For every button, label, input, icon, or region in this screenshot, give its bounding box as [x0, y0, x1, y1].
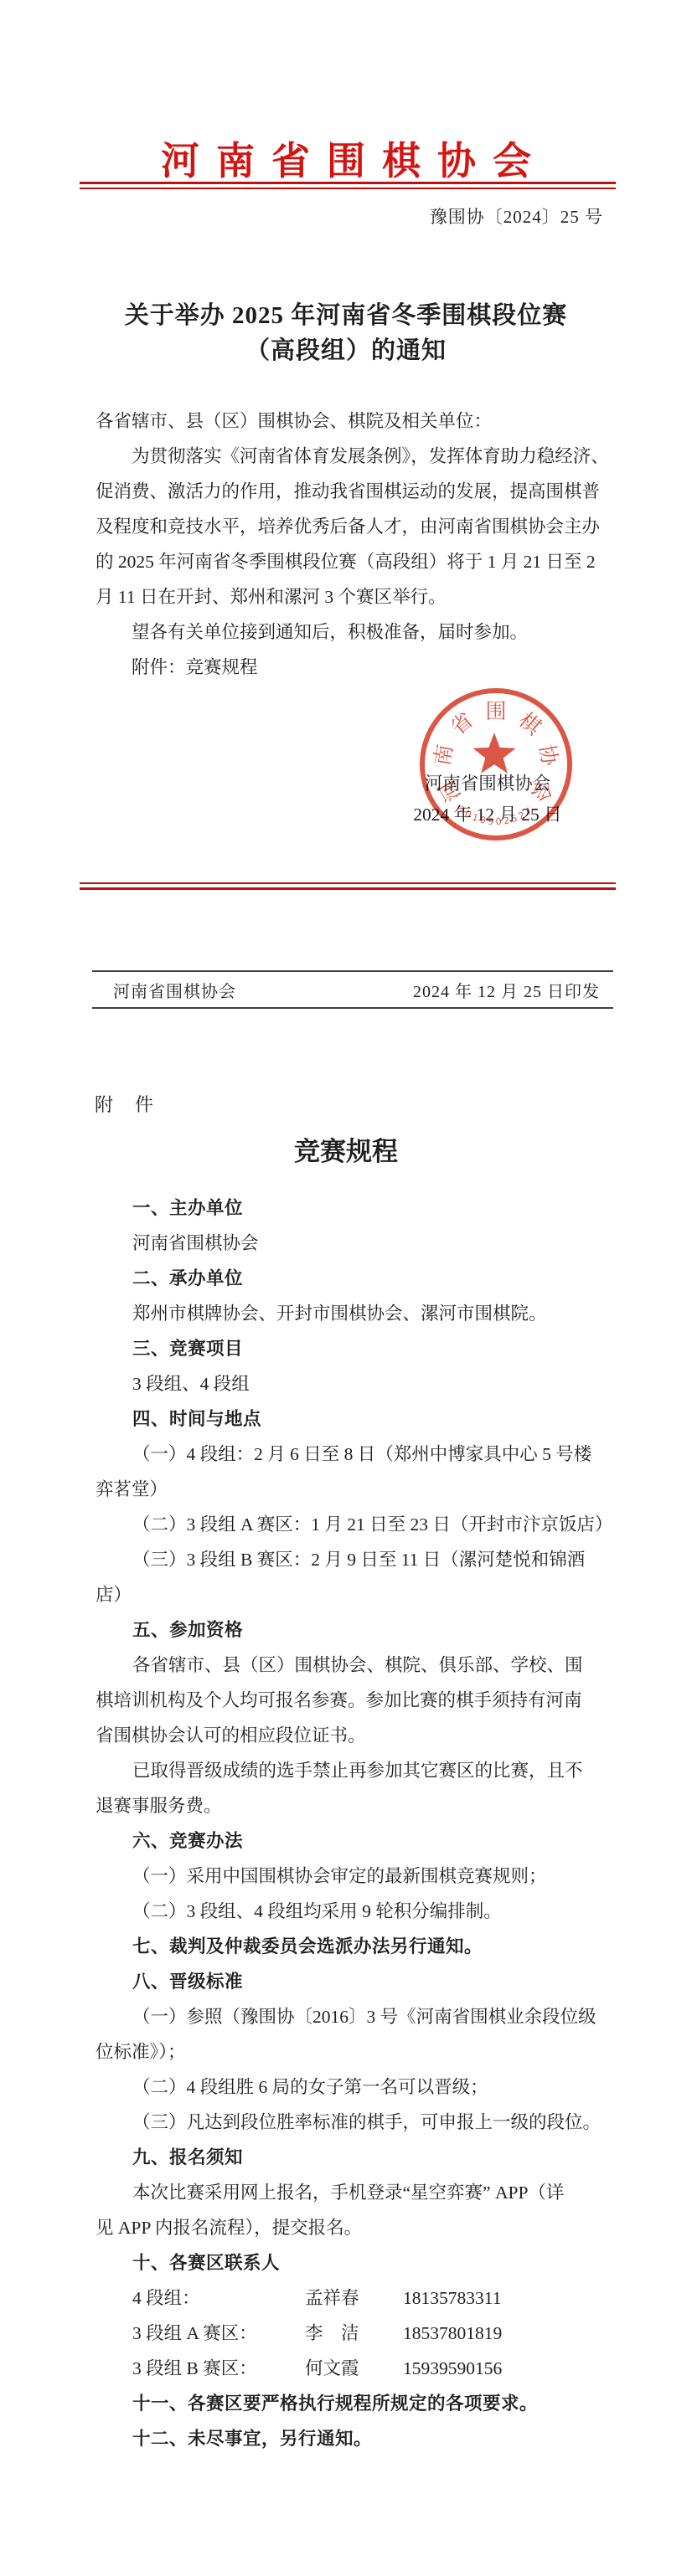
seal-ring-character: 河	[436, 776, 466, 805]
section-heading: 九、报名须知	[96, 2140, 613, 2175]
seal-serial-number: 7010902527	[456, 804, 536, 827]
seal-ring-character: 棋	[514, 708, 546, 740]
seal-ring-character: 协	[534, 743, 561, 768]
letterhead-rule	[80, 182, 616, 189]
contact-phone: 18537801819	[403, 2316, 613, 2351]
seal-ring-character: 省	[447, 708, 478, 740]
seal-ring-character: 会	[526, 776, 557, 806]
body-line: 及程度和竞技水平，培养优秀后备人才，由河南省围棋协会主办	[96, 509, 612, 544]
closing-rule	[80, 882, 616, 890]
attachment-line: （二）3 段组 A 赛区：1 月 21 日至 23 日（开封市汴京饭店）	[96, 1507, 613, 1542]
notice-title-line1: 关于举办 2025 年河南省冬季围棋段位赛	[0, 298, 692, 333]
contact-name: 何文霞	[305, 2351, 403, 2386]
attachment-line: 各省辖市、县（区）围棋协会、棋院、俱乐部、学校、围	[96, 1648, 613, 1683]
attachment-line: 见 APP 内报名流程），提交报名。	[96, 2210, 613, 2245]
seal-ring-character: 围	[485, 700, 506, 723]
body-line: 为贯彻落实《河南省体育发展条例》，发挥体育助力稳经济、	[96, 439, 612, 474]
contact-phone: 18135783311	[403, 2280, 613, 2316]
contact-label: 4 段组：	[132, 2280, 305, 2316]
contact-row: 4 段组：孟祥春18135783311	[96, 2280, 613, 2316]
contact-phone: 15939590156	[403, 2351, 613, 2386]
section-heading: 四、时间与地点	[96, 1401, 613, 1437]
section-heading: 二、承办单位	[96, 1261, 613, 1296]
attachment-line: 店）	[96, 1577, 613, 1612]
contact-label: 3 段组 A 赛区：	[132, 2316, 305, 2351]
contact-name: 孟祥春	[305, 2280, 403, 2316]
official-seal-stamp: 河南省围棋协会 7010902527	[416, 685, 576, 844]
document-page: 河南省围棋协会 豫围协〔2024〕25 号 关于举办 2025 年河南省冬季围棋…	[0, 0, 692, 2576]
section-heading: 三、竞赛项目	[96, 1331, 613, 1366]
star-icon	[473, 733, 515, 774]
section-heading: 七、裁判及仲裁委员会选派办法另行通知。	[96, 1929, 613, 1964]
attachment-line: 本次比赛采用网上报名，手机登录“星空弈赛” APP（详	[96, 2175, 613, 2210]
attachment-line: （三）3 段组 B 赛区：2 月 9 日至 11 日（漯河楚悦和锦酒	[96, 1542, 613, 1577]
notice-title: 关于举办 2025 年河南省冬季围棋段位赛 （高段组）的通知	[0, 298, 692, 368]
section-heading: 五、参加资格	[96, 1612, 613, 1648]
attachment-line: 已取得晋级成绩的选手禁止再参加其它赛区的比赛，且不	[96, 1753, 613, 1788]
attachment-line: 退赛事服务费。	[96, 1788, 613, 1823]
attachment-line: （一）参照（豫围协〔2016〕3 号《河南省围棋业余段位级	[96, 1999, 613, 2034]
colophon-issuer: 河南省围棋协会	[113, 978, 236, 1002]
contact-label: 3 段组 B 赛区：	[132, 2351, 305, 2386]
body-line: 附件：竞赛规程	[96, 650, 612, 685]
section-heading: 八、晋级标准	[96, 1964, 613, 1999]
attachment-line: （二）4 段组胜 6 局的女子第一名可以晋级；	[96, 2070, 613, 2105]
letterhead-org-name: 河南省围棋协会	[0, 131, 692, 186]
contact-row: 3 段组 A 赛区：李 洁18537801819	[96, 2316, 613, 2351]
body-line: 的 2025 年河南省冬季围棋段位赛（高段组）将于 1 月 21 日至 2	[96, 544, 612, 579]
section-heading: 十、各赛区联系人	[96, 2245, 613, 2280]
attachment-body: 一、主办单位河南省围棋协会二、承办单位郑州市棋牌协会、开封市围棋协会、漯河市围棋…	[96, 1190, 613, 2456]
notice-body: 各省辖市、县（区）围棋协会、棋院及相关单位： 为贯彻落实《河南省体育发展条例》，…	[96, 404, 612, 685]
body-line: 望各有关单位接到通知后，积极准备，届时参加。	[96, 614, 612, 650]
attachment-label: 附 件	[95, 1091, 155, 1117]
contact-name: 李 洁	[305, 2316, 403, 2351]
section-heading: 一、主办单位	[96, 1190, 613, 1226]
colophon-print-date: 2024 年 12 月 25 日印发	[413, 978, 600, 1002]
attachment-line: 河南省围棋协会	[96, 1226, 613, 1261]
body-line: 月 11 日在开封、郑州和漯河 3 个赛区举行。	[96, 579, 612, 614]
notice-title-line2: （高段组）的通知	[0, 333, 692, 368]
salutation: 各省辖市、县（区）围棋协会、棋院及相关单位：	[96, 404, 612, 439]
attachment-line: 郑州市棋牌协会、开封市围棋协会、漯河市围棋院。	[96, 1296, 613, 1331]
doc-number: 豫围协〔2024〕25 号	[430, 203, 603, 229]
attachment-line: 省围棋协会认可的相应段位证书。	[96, 1718, 613, 1753]
seal-ring-character: 南	[431, 743, 457, 767]
attachment-line: 3 段组、4 段组	[96, 1366, 613, 1401]
section-heading: 十二、未尽事宜，另行通知。	[96, 2421, 613, 2456]
contact-row: 3 段组 B 赛区：何文霞15939590156	[96, 2351, 613, 2386]
attachment-line: （一）4 段组：2 月 6 日至 8 日（郑州中博家具中心 5 号楼	[96, 1437, 613, 1472]
attachment-line: 棋培训机构及个人均可报名参赛。参加比赛的棋手须持有河南	[96, 1683, 613, 1718]
attachment-line: （二）3 段组、4 段组均采用 9 轮积分编排制。	[96, 1894, 613, 1929]
section-heading: 六、竞赛办法	[96, 1823, 613, 1859]
attachment-heading: 竞赛规程	[0, 1130, 692, 1168]
attachment-line: 弈茗堂）	[96, 1472, 613, 1507]
attachment-line: （三）凡达到段位胜率标准的棋手，可申报上一级的段位。	[96, 2105, 613, 2140]
colophon: 河南省围棋协会 2024 年 12 月 25 日印发	[92, 970, 613, 1009]
section-heading: 十一、各赛区要严格执行规程所规定的各项要求。	[96, 2386, 613, 2421]
attachment-line: 位标准》）；	[96, 2034, 613, 2070]
notice-body-lines: 为贯彻落实《河南省体育发展条例》，发挥体育助力稳经济、促消费、激活力的作用，推动…	[96, 439, 612, 685]
body-line: 促消费、激活力的作用，推动我省围棋运动的发展，提高围棋普	[96, 474, 612, 509]
attachment-line: （一）采用中国围棋协会审定的最新围棋竞赛规则；	[96, 1859, 613, 1894]
